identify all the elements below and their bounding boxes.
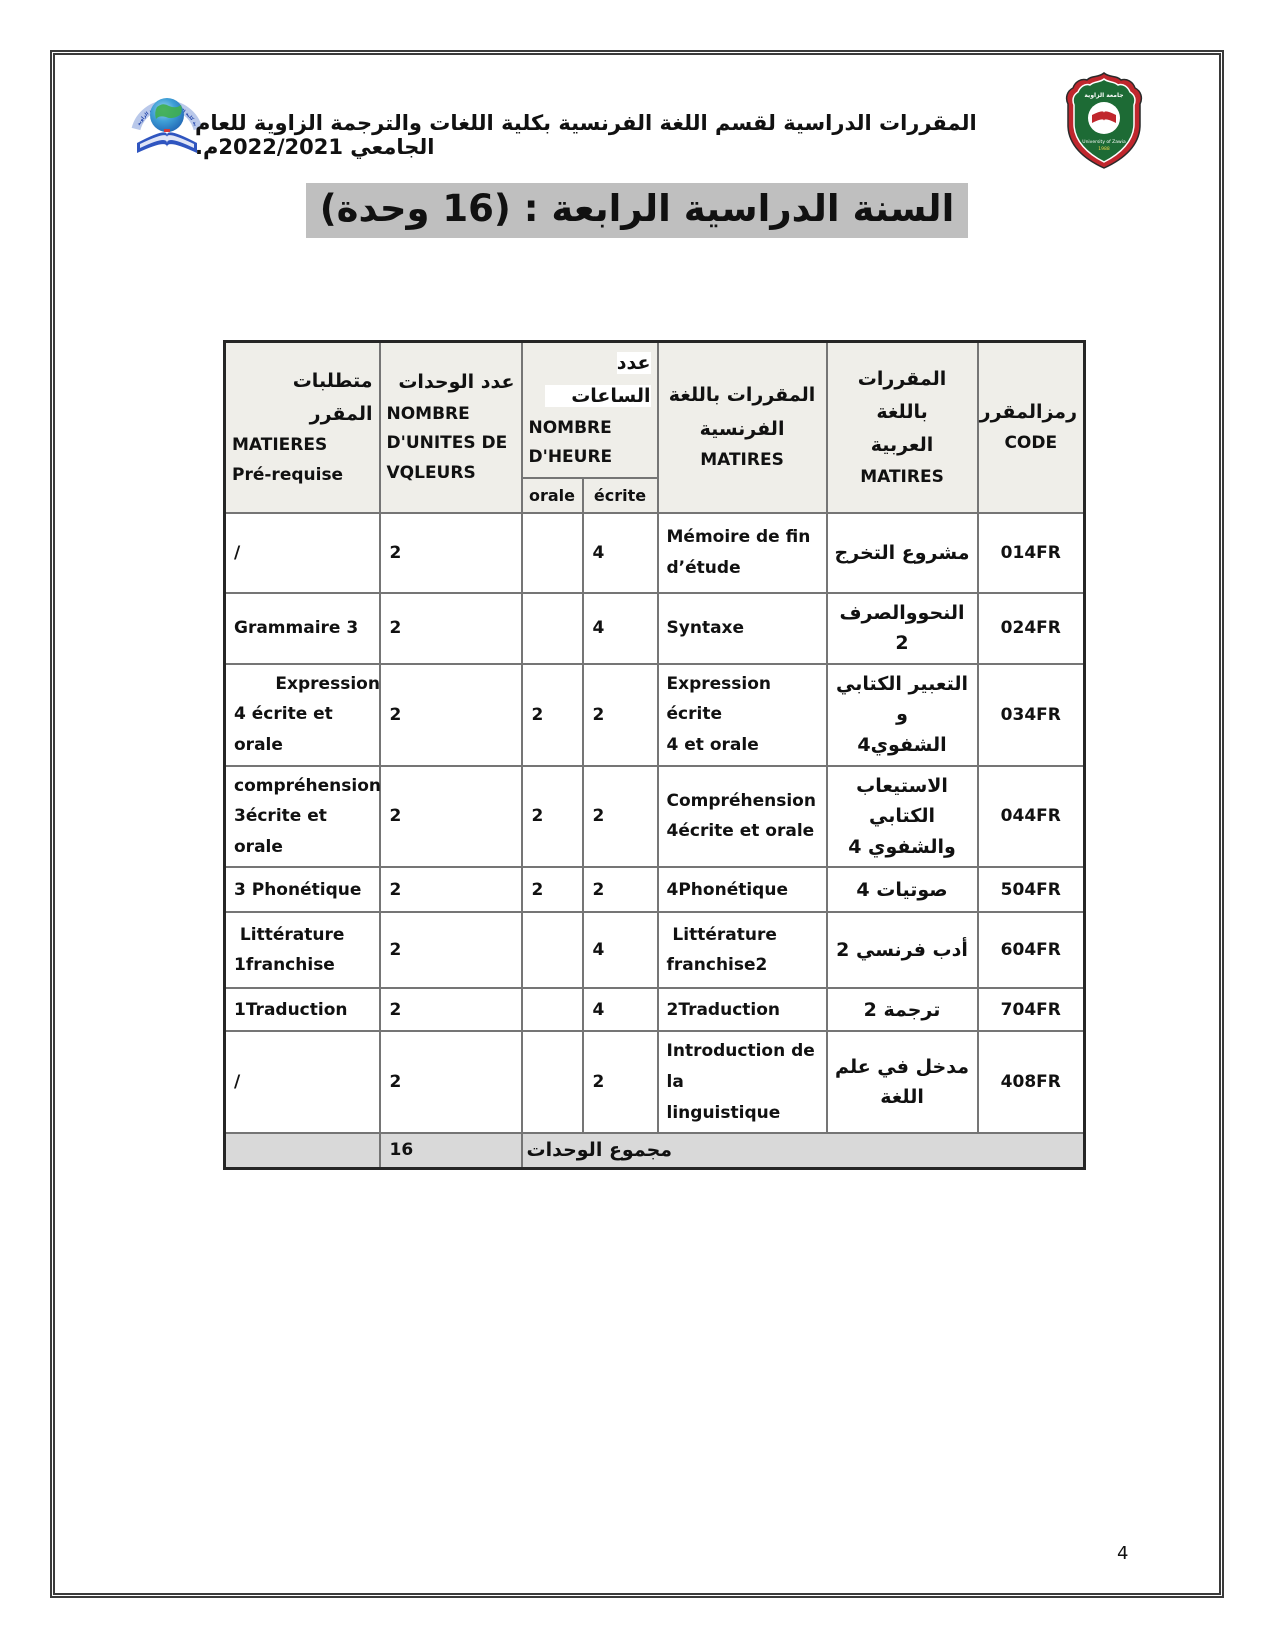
cell-hours-orale: 2 bbox=[522, 867, 583, 912]
header-prereq-en2: Pré-requise bbox=[232, 461, 373, 491]
cell-hours-orale: 2 bbox=[522, 766, 583, 868]
cell-prerequisite: Littérature 1franchise bbox=[225, 912, 380, 988]
table-row: 014FR مشروع التخرج Mémoire de fin d’étud… bbox=[225, 513, 1085, 593]
cell-units: 2 bbox=[380, 766, 522, 868]
total-units-value: 16 bbox=[380, 1133, 522, 1168]
cell-french-course: Syntaxe bbox=[658, 593, 827, 664]
cell-french-course: Compréhension 4écrite et orale bbox=[658, 766, 827, 868]
courses-table-wrapper: رمزالمقرر CODE المقررات باللغة العربية M… bbox=[223, 340, 1083, 1170]
cell-units: 2 bbox=[380, 867, 522, 912]
header-arabic-en: MATIRES bbox=[834, 463, 971, 493]
header-french-en: MATIRES bbox=[665, 446, 820, 476]
cell-hours-orale bbox=[522, 988, 583, 1031]
cell-arabic-course: مشروع التخرج bbox=[827, 513, 978, 593]
cell-arabic-course: الاستيعاب الكتابي والشفوي 4 bbox=[827, 766, 978, 868]
cell-prerequisite: Grammaire 3 bbox=[225, 593, 380, 664]
header-arabic-ar1: المقررات باللغة bbox=[834, 363, 971, 430]
cell-hours-orale bbox=[522, 1031, 583, 1133]
cell-french-course: Mémoire de fin d’étude bbox=[658, 513, 827, 593]
cell-prerequisite: / bbox=[225, 513, 380, 593]
table-header-row: رمزالمقرر CODE المقررات باللغة العربية M… bbox=[225, 342, 1085, 479]
header-hours: عدد الساعات NOMBRE D'HEURE bbox=[522, 342, 658, 479]
cell-hours-ecrite: 4 bbox=[583, 593, 658, 664]
cell-code: 034FR bbox=[978, 664, 1085, 766]
svg-text:University of Zawia: University of Zawia bbox=[1082, 139, 1126, 145]
header-arabic-ar2: العربية bbox=[834, 429, 971, 462]
header-arabic-courses: المقررات باللغة العربية MATIRES bbox=[827, 342, 978, 514]
cell-french-course: Expression écrite 4 et orale bbox=[658, 664, 827, 766]
cell-arabic-course: صوتيات 4 bbox=[827, 867, 978, 912]
table-row: 044FR الاستيعاب الكتابي والشفوي 4 Compré… bbox=[225, 766, 1085, 868]
cell-units: 2 bbox=[380, 664, 522, 766]
cell-hours-ecrite: 4 bbox=[583, 513, 658, 593]
cell-hours-ecrite: 2 bbox=[583, 766, 658, 868]
page-title-highlight: السنة الدراسية الرابعة : (16 وحدة) bbox=[306, 183, 969, 238]
cell-hours-ecrite: 4 bbox=[583, 988, 658, 1031]
university-globe-book-logo: جامعة الزاوية كلية اللغات والترجمة الزاو… bbox=[131, 69, 203, 173]
header-prereq-ar: متطلبات المقرر bbox=[232, 365, 373, 432]
cell-code: 704FR bbox=[978, 988, 1085, 1031]
cell-code: 504FR bbox=[978, 867, 1085, 912]
cell-arabic-course: التعبير الكتابي و الشفوي4 bbox=[827, 664, 978, 766]
cell-units: 2 bbox=[380, 1031, 522, 1133]
header-units-en2: D'UNITES DE bbox=[387, 429, 515, 459]
header-code: رمزالمقرر CODE bbox=[978, 342, 1085, 514]
cell-code: 604FR bbox=[978, 912, 1085, 988]
header-prereq-en1: MATIERES bbox=[232, 431, 373, 461]
university-shield-crest: جامعة الزاوية University of Zawia 1988 bbox=[1063, 71, 1145, 171]
cell-french-course: 4Phonétique bbox=[658, 867, 827, 912]
cell-arabic-course: ترجمة 2 bbox=[827, 988, 978, 1031]
header-hours-en1: NOMBRE bbox=[529, 414, 651, 444]
svg-text:1988: 1988 bbox=[1098, 146, 1110, 152]
cell-french-course: Littérature franchise2 bbox=[658, 912, 827, 988]
cell-prerequisite: / bbox=[225, 1031, 380, 1133]
cell-units: 2 bbox=[380, 912, 522, 988]
cell-code: 408FR bbox=[978, 1031, 1085, 1133]
svg-text:جامعة الزاوية: جامعة الزاوية bbox=[1084, 92, 1123, 99]
header-units: عدد الوحدات NOMBRE D'UNITES DE VQLEURS bbox=[380, 342, 522, 514]
table-row: 704FR ترجمة 2 2Traduction 4 2 1Traductio… bbox=[225, 988, 1085, 1031]
header-prerequisites: متطلبات المقرر MATIERES Pré-requise bbox=[225, 342, 380, 514]
subheader-ecrite: écrite bbox=[583, 478, 658, 513]
cell-prerequisite: Expression 4 écrite et orale bbox=[225, 664, 380, 766]
cell-hours-orale: 2 bbox=[522, 664, 583, 766]
table-row: 024FR النحووالصرف 2 Syntaxe 4 2 Grammair… bbox=[225, 593, 1085, 664]
cell-french-course: 2Traduction bbox=[658, 988, 827, 1031]
cell-arabic-course: أدب فرنسي 2 bbox=[827, 912, 978, 988]
header-hours-en2: D'HEURE bbox=[529, 443, 651, 473]
cell-arabic-course: مدخل في علم اللغة bbox=[827, 1031, 978, 1133]
table-row: 034FR التعبير الكتابي و الشفوي4 Expressi… bbox=[225, 664, 1085, 766]
page-border-frame: جامعة الزاوية كلية اللغات والترجمة الزاو… bbox=[50, 50, 1224, 1598]
header-units-en3: VQLEURS bbox=[387, 459, 515, 489]
cell-hours-orale bbox=[522, 513, 583, 593]
cell-prerequisite: 1Traduction bbox=[225, 988, 380, 1031]
page-number: 4 bbox=[1117, 1543, 1128, 1564]
courses-table: رمزالمقرر CODE المقررات باللغة العربية M… bbox=[223, 340, 1086, 1170]
header-code-en: CODE bbox=[985, 429, 1078, 459]
cell-code: 024FR bbox=[978, 593, 1085, 664]
cell-hours-orale bbox=[522, 912, 583, 988]
total-units-label: مجموع الوحدات bbox=[522, 1133, 1085, 1168]
cell-code: 014FR bbox=[978, 513, 1085, 593]
document-header-line: المقررات الدراسية لقسم اللغة الفرنسية بك… bbox=[195, 111, 1039, 159]
cell-units: 2 bbox=[380, 513, 522, 593]
cell-units: 2 bbox=[380, 988, 522, 1031]
cell-hours-ecrite: 2 bbox=[583, 664, 658, 766]
cell-units: 2 bbox=[380, 593, 522, 664]
table-row: 604FR أدب فرنسي 2 Littérature franchise2… bbox=[225, 912, 1085, 988]
table-row: 408FR مدخل في علم اللغة Introduction de … bbox=[225, 1031, 1085, 1133]
header-units-en1: NOMBRE bbox=[387, 400, 515, 430]
subheader-orale: orale bbox=[522, 478, 583, 513]
cell-hours-ecrite: 4 bbox=[583, 912, 658, 988]
header-hours-ar: عدد الساعات bbox=[545, 352, 650, 407]
cell-code: 044FR bbox=[978, 766, 1085, 868]
header-french-courses: المقررات باللغة الفرنسية MATIRES bbox=[658, 342, 827, 514]
table-row: 504FR صوتيات 4 4Phonétique 2 2 2 3 Phoné… bbox=[225, 867, 1085, 912]
cell-prerequisite: 3 Phonétique bbox=[225, 867, 380, 912]
header-code-ar: رمزالمقرر bbox=[985, 396, 1078, 429]
cell-french-course: Introduction de la linguistique bbox=[658, 1031, 827, 1133]
table-total-row: مجموع الوحدات 16 bbox=[225, 1133, 1085, 1168]
page-title: السنة الدراسية الرابعة : (16 وحدة) bbox=[55, 183, 1219, 238]
cell-hours-orale bbox=[522, 593, 583, 664]
total-row-empty-cell bbox=[225, 1133, 380, 1168]
cell-hours-ecrite: 2 bbox=[583, 1031, 658, 1133]
header-french-ar2: الفرنسية bbox=[665, 413, 820, 446]
cell-arabic-course: النحووالصرف 2 bbox=[827, 593, 978, 664]
cell-prerequisite: compréhension 3écrite et orale bbox=[225, 766, 380, 868]
header-units-ar: عدد الوحدات bbox=[387, 366, 515, 399]
cell-hours-ecrite: 2 bbox=[583, 867, 658, 912]
header-french-ar1: المقررات باللغة bbox=[665, 379, 820, 412]
